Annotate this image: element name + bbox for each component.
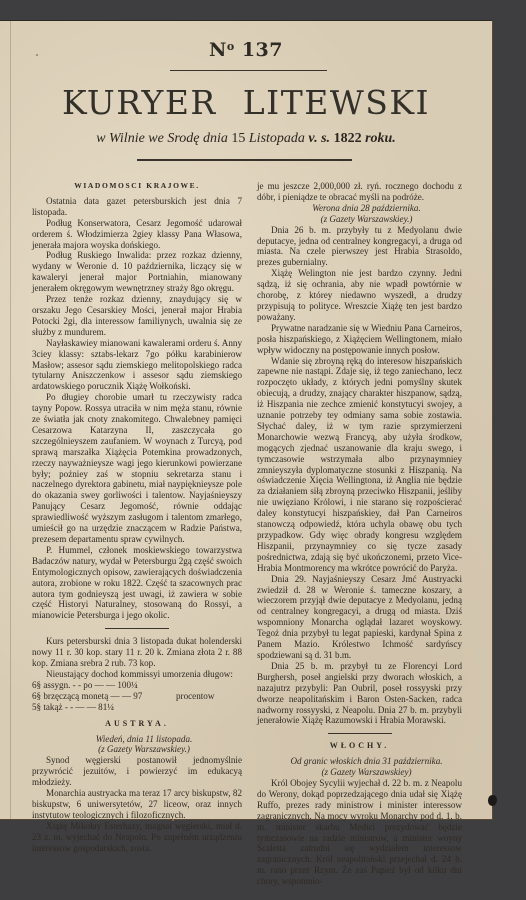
dateline-month: Listopada <box>249 131 305 146</box>
masthead-rule-top <box>170 70 327 71</box>
debt-intro: Nieustający dochod kommissyi umorzenia d… <box>32 669 242 680</box>
article-paragraph: Prywatne naradzanie się w Wiedniu Pana C… <box>257 323 462 356</box>
debt-table-item: 5§ takąż - - — — 81¼ <box>32 702 176 713</box>
article-paragraph: Podług Ruskiego Inwalida: przez rozkaz d… <box>32 250 242 294</box>
debt-table-suffix <box>176 702 242 713</box>
article-paragraph: Wdanie się zbroyną ręką do interesow his… <box>257 356 462 574</box>
paper-stain <box>172 819 174 821</box>
article-paragraph: P. Hummel, członek moskiewskiego towarzy… <box>32 545 242 621</box>
article-paragraph: Monarchia austryacka ma teraz 17 arcy bi… <box>32 788 242 821</box>
debt-table-suffix: procentow <box>176 691 242 702</box>
section-title-austria: AUSTRYA. <box>32 719 242 730</box>
article-paragraph: Król Obojey Sycylii wyjechał d. 22 b. m.… <box>257 778 462 887</box>
issue-number-sup: o <box>227 40 235 53</box>
dateline-end: roku. <box>365 131 396 146</box>
debt-table-row: 6§ assygn. - - po — — 100¼ <box>32 680 242 691</box>
dateline-year: 1822 <box>334 131 362 146</box>
debt-table-item: 6§ assygn. - - po — — 100¼ <box>32 680 176 691</box>
debt-table-row: 5§ takąż - - — — 81¼ <box>32 702 242 713</box>
article-paragraph: Dnia 25 b. m. przybył tu ze Florencyi Lo… <box>257 661 462 726</box>
section-source: (z Gazety Warszawskiey) <box>257 767 462 778</box>
dateline-day: 15 <box>231 131 245 146</box>
dateline-style: v. s. <box>308 131 330 146</box>
debt-table-row: 6§ brzęczącą monetą — — 97 procentow <box>32 691 242 702</box>
article-paragraph: Xiążę Mikołay Esterhazy, magnat węgiersk… <box>32 821 242 854</box>
exchange-rates-paragraph: Kurs petersburski dnia 3 listopada dukat… <box>32 636 242 669</box>
article-paragraph: Dnia 29. Nayjaśnieyszy Cesarz Jmć Austry… <box>257 574 462 661</box>
article-paragraph: Po długiey chorobie umarł tu rzeczywisty… <box>32 392 242 545</box>
article-paragraph: Podług Konserwatora, Cesarz Jegomość uda… <box>32 218 242 251</box>
article-paragraph: Dnia 26 b. m. przybyły tu z Medyolanu dw… <box>257 225 462 269</box>
section-source: (z Gazety Warszawskiey.) <box>32 744 242 755</box>
section-title-domestic: WIADOMOSCI KRAJOWE. <box>32 181 242 192</box>
section-source: (z Gazety Warszawskiey.) <box>257 214 462 225</box>
section-dateline: Od granic włoskich dnia 31 października. <box>257 756 462 767</box>
article-paragraph: Synod węgierski postanowił jednomyślnie … <box>32 755 242 788</box>
continuation-paragraph: je mu jeszcze 2,000,000 zł. ryń. roczneg… <box>257 181 462 203</box>
ink-blot <box>488 795 497 806</box>
section-title-italy: WŁOCHY. <box>257 741 462 752</box>
masthead-dateline: w Wilnie we Srodę dnia 15 Listopada v. s… <box>0 131 492 147</box>
section-dateline: Wiedeń, dnia 11 listopada. <box>32 734 242 745</box>
masthead-rule-bottom <box>137 159 352 161</box>
right-column: je mu jeszcze 2,000,000 zł. ryń. roczneg… <box>257 181 462 887</box>
debt-table-item: 6§ brzęczącą monetą — — 97 <box>32 691 176 702</box>
left-column: WIADOMOSCI KRAJOWE. Ostatnia data gazet … <box>32 181 242 853</box>
debt-table-suffix <box>176 680 242 691</box>
paper-speck <box>36 54 38 56</box>
article-paragraph: Xiążę Welington nie jest bardzo czynny. … <box>257 268 462 323</box>
newspaper-page: No 137 KURYER LITEWSKI w Wilnie we Srodę… <box>0 20 493 820</box>
article-paragraph: Ostatnia data gazet petersburskich jest … <box>32 196 242 218</box>
section-dateline: Werona dnia 28 października. <box>257 203 462 214</box>
dateline-place: w Wilnie we Srodę dnia <box>96 131 228 146</box>
issue-number-prefix: N <box>209 39 227 61</box>
issue-number: No 137 <box>0 39 492 61</box>
section-divider <box>105 628 169 629</box>
article-paragraph: Przez tenże rozkaz dzienny, znaydujący s… <box>32 294 242 338</box>
section-divider <box>328 733 392 734</box>
article-paragraph: Nayłaskawiey mianowani kawalerami orderu… <box>32 338 242 393</box>
issue-number-value: 137 <box>242 39 283 61</box>
newspaper-title: KURYER LITEWSKI <box>0 83 492 122</box>
